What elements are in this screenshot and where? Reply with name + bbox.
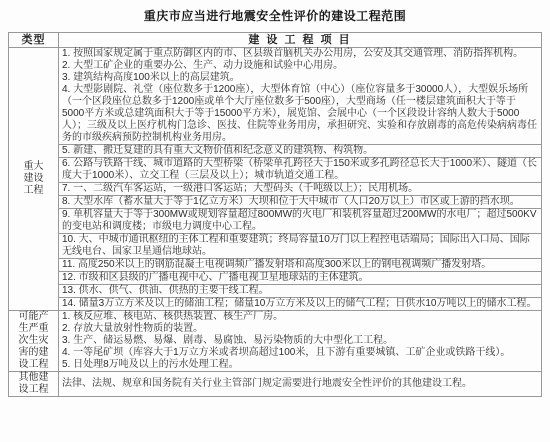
project-item: 5. 日处理8万吨及以上的污水处理工程。 [62, 359, 538, 371]
table-row: 6. 公路与铁路干线、城市道路的大型桥梁（桥梁单孔跨径大于150米或多孔跨径总长… [9, 158, 542, 183]
section-label-major-projects: 重大 建设 工程 [9, 48, 59, 311]
project-cell: 1. 按照国家规定属于重点防御区内的市、区县级首脑机关办公用房，公安及其交通管理… [59, 48, 542, 145]
project-item: 2. 大型工矿企业的重要办公、生产、动力设施和试验中心用房。 [62, 60, 538, 72]
table-row: 9. 单机容量大于等于300MW或规划容量超过800MW的火电厂和装机容量超过2… [9, 209, 542, 234]
project-item: 法律、法规、规章和国务院有关行业主管部门规定需要进行地震安全性评价的其他建设工程… [59, 372, 542, 397]
table-row: 13. 供水、供气、供油、供热的主要干线工程。 [9, 285, 542, 298]
project-item: 7. 一、二级汽车客运站，一级港口客运站；大型码头（千吨级以上）；民用机场。 [59, 183, 542, 196]
project-item: 3. 建筑结构高度100米以上的高层建筑。 [62, 72, 538, 84]
project-item: 2. 存放大量放射性物质的装置。 [62, 323, 538, 335]
page-title: 重庆市应当进行地震安全性评价的建设工程范围 [0, 7, 550, 24]
project-cell: 1. 核反应堆、核电站、核供热装置、核生产厂房。 2. 存放大量放射性物质的装置… [59, 311, 542, 372]
project-item: 14. 储量3万立方米及以上的储油工程；储量10万立方米及以上的储气工程；日供水… [59, 298, 542, 311]
project-item: 12. 市级和区县级的广播电视中心、广播电视卫星地球站的主体建筑。 [59, 272, 542, 285]
project-item: 4. 一等尾矿坝（库容大于1万立方米或者坝高超过100米，且下游有重要城镇、工矿… [62, 347, 538, 359]
project-item: 13. 供水、供气、供油、供热的主要干线工程。 [59, 285, 542, 298]
table-row: 11. 高度250米以上的钢筋混凝土电视调频广播发射塔和高度300米以上的钢电视… [9, 259, 542, 272]
project-item: 3. 生产、储运易燃、易爆、剧毒、易腐蚀、易污染物质的大中型化工工程。 [62, 335, 538, 347]
header-row: 类型 建 设 工 程 项 目 [9, 33, 542, 48]
table-row: 8. 大型水库（蓄水量大于等于1亿立方米）大坝和位于大中城市（人口20万以上）市… [9, 196, 542, 209]
table-row: 12. 市级和区县级的广播电视中心、广播电视卫星地球站的主体建筑。 [9, 272, 542, 285]
project-item: 1. 按照国家规定属于重点防御区内的市、区县级首脑机关办公用房，公安及其交通管理… [62, 48, 538, 60]
project-item: 9. 单机容量大于等于300MW或规划容量超过800MW的火电厂和装机容量超过2… [59, 209, 542, 234]
project-item: 1. 核反应堆、核电站、核供热装置、核生产厂房。 [62, 311, 538, 323]
table-row: 5. 新建、搬迁复建的具有重大文物价值和纪念意义的建筑物、构筑物。 [9, 145, 542, 158]
projects-table: 类型 建 设 工 程 项 目 重大 建设 工程 1. 按照国家规定属于重点防御区… [8, 32, 542, 397]
table-row: 其他建 设工程 法律、法规、规章和国务院有关行业主管部门规定需要进行地震安全性评… [9, 372, 542, 397]
project-item: 10. 大、中城市通讯枢纽的主体工程和重要建筑；终局容量10万门以上程控电话端局… [59, 234, 542, 259]
project-item: 8. 大型水库（蓄水量大于等于1亿立方米）大坝和位于大中城市（人口20万以上）市… [59, 196, 542, 209]
table-row: 重大 建设 工程 1. 按照国家规定属于重点防御区内的市、区县级首脑机关办公用房… [9, 48, 542, 145]
project-item: 5. 新建、搬迁复建的具有重大文物价值和纪念意义的建筑物、构筑物。 [59, 145, 542, 158]
project-column-header: 建 设 工 程 项 目 [59, 33, 542, 48]
project-item: 6. 公路与铁路干线、城市道路的大型桥梁（桥梁单孔跨径大于150米或多孔跨径总长… [59, 158, 542, 183]
project-item: 11. 高度250米以上的钢筋混凝土电视调频广播发射塔和高度300米以上的钢电视… [59, 259, 542, 272]
project-item: 4. 大型影剧院、礼堂（座位数多于1200座），大型体育馆（中心）（座位容量多于… [62, 84, 538, 144]
table-row: 10. 大、中城市通讯枢纽的主体工程和重要建筑；终局容量10万门以上程控电话端局… [9, 234, 542, 259]
section-label-other-projects: 其他建 设工程 [9, 372, 59, 397]
type-column-header: 类型 [9, 33, 59, 48]
table-row: 可能产 生严重 次生灾 害的建 设工程 1. 核反应堆、核电站、核供热装置、核生… [9, 311, 542, 372]
section-label-secondary-disaster: 可能产 生严重 次生灾 害的建 设工程 [9, 311, 59, 372]
table-row: 7. 一、二级汽车客运站，一级港口客运站；大型码头（千吨级以上）；民用机场。 [9, 183, 542, 196]
table-row: 14. 储量3万立方米及以上的储油工程；储量10万立方米及以上的储气工程；日供水… [9, 298, 542, 311]
